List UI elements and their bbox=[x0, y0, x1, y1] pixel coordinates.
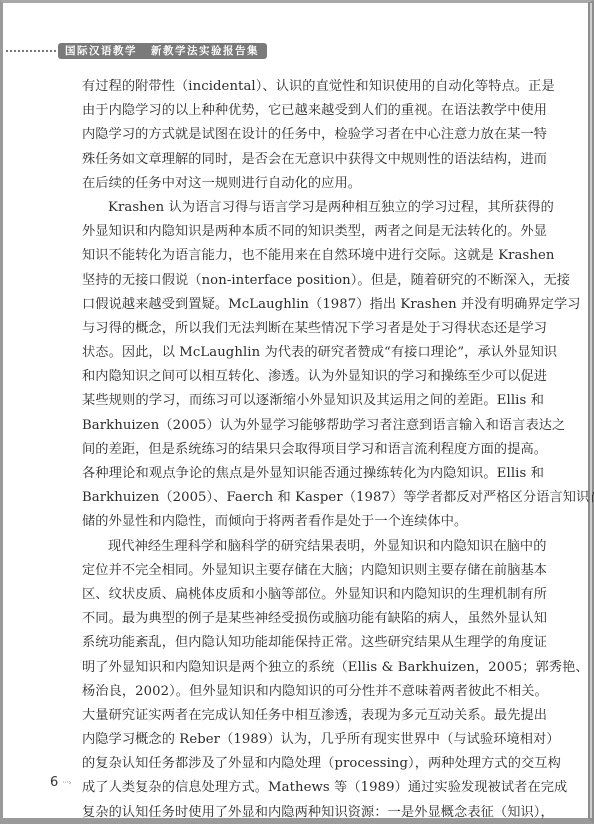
text-line: 和内隐知识之间可以相互转化、渗透。认为外显知识的学习和操练至少可以促进 bbox=[82, 365, 544, 389]
text-line: 口假说越来越受到置疑。McLaughlin（1987）指出 Krashen 并没… bbox=[82, 293, 544, 317]
text-line: 各种理论和观点争论的焦点是外显知识能否通过操练转化为内隐知识。Ellis 和 bbox=[82, 462, 544, 486]
text-line: 内隐学习概念的 Reber（1989）认为，几乎所有现实世界中（与试验环境相对） bbox=[82, 728, 544, 752]
text-line: 储的外显性和内隐性，而倾向于将两者看作是处于一个连续体中。 bbox=[82, 510, 544, 534]
text-line: 内隐学习的方式就是试图在设计的任务中，检验学习者在中心注意力放在某一特 bbox=[82, 123, 544, 147]
header-book-title: 国际汉语教学 bbox=[65, 43, 137, 59]
body-text: 有过程的附带性（incidental）、认识的直觉性和知识使用的自动化等特点。正… bbox=[82, 75, 544, 824]
text-line: 系统功能紊乱，但内隐认知功能却能保持正常。这些研究结果从生理学的角度证 bbox=[82, 631, 544, 655]
page-footer: 6 ···› bbox=[50, 775, 71, 790]
text-line: 明了外显知识和内隐知识是两个独立的系统（Ellis & Barkhuizen，2… bbox=[82, 656, 544, 680]
text-line: 大量研究证实两者在完成认知任务中相互渗透，表现为多元互动关系。最先提出 bbox=[82, 704, 544, 728]
text-line: 状态。因此，以 McLaughlin 为代表的研究者赞成“有接口理论”，承认外显… bbox=[82, 341, 544, 365]
next-page-arrow-icon: ···› bbox=[62, 778, 71, 787]
text-line: 现代神经生理科学和脑科学的研究结果表明，外显知识和内隐知识在脑中的 bbox=[82, 535, 544, 559]
text-line: 成了人类复杂的信息处理方式。Mathews 等（1989）通过实验发现被试者在完… bbox=[82, 776, 544, 800]
header-band: 国际汉语教学 新教学法实验报告集 bbox=[58, 43, 267, 59]
text-line: 某些规则的学习，而练习可以逐渐缩小外显知识及其运用之间的差距。Ellis 和 bbox=[82, 389, 544, 413]
text-line: 殊任务如文章理解的同时，是否会在无意识中获得文中规则性的语法结构，进而 bbox=[82, 148, 544, 172]
book-page: 国际汉语教学 新教学法实验报告集 有过程的附带性（incidental）、认识的… bbox=[0, 0, 594, 824]
text-line: 区、纹状皮质、扁桃体皮质和小脑等部位。外显知识和内隐知识的生理机制有所 bbox=[82, 583, 544, 607]
text-line: Barkhuizen（2005）认为外显学习能够帮助学习者注意到语言输入和语言表… bbox=[82, 414, 544, 438]
text-line: 外显知识和内隐知识是两种本质不同的知识类型，两者之间是无法转化的。外显 bbox=[82, 220, 544, 244]
page-number: 6 bbox=[50, 775, 58, 790]
paragraph-2: Krashen 认为语言习得与语言学习是两种相互独立的学习过程，其所获得的 外显… bbox=[82, 196, 544, 535]
text-line: 杨治良，2002）。但外显知识和内隐知识的可分性并不意味着两者彼此不相关。 bbox=[82, 680, 544, 704]
text-line: 复杂的认知任务时使用了外显和内隐两种知识资源：一是外显概念表征（知识）， bbox=[82, 801, 544, 824]
text-line: 的复杂认知任务都涉及了外显和内隐处理（processing），两种处理方式的交互… bbox=[82, 752, 544, 776]
header-subtitle: 新教学法实验报告集 bbox=[151, 43, 259, 59]
text-line: Barkhuizen（2005）、Faerch 和 Kasper（1987）等学… bbox=[82, 486, 544, 510]
text-line: 在后续的任务中对这一规则进行自动化的应用。 bbox=[82, 172, 544, 196]
text-line: 间的差距，但是系统练习的结果只会取得项目学习和语言流利程度方面的提高。 bbox=[82, 438, 544, 462]
text-line: 坚持的无接口假说（non-interface position）。但是，随着研究… bbox=[82, 269, 544, 293]
text-line: 由于内隐学习的以上种种优势，它已越来越受到人们的重视。在语法教学中使用 bbox=[82, 99, 544, 123]
text-line: 有过程的附带性（incidental）、认识的直觉性和知识使用的自动化等特点。正… bbox=[82, 75, 544, 99]
text-line: 定位并不完全相同。外显知识主要存储在大脑；内隐知识则主要存储在前脑基本 bbox=[82, 559, 544, 583]
paragraph-3: 现代神经生理科学和脑科学的研究结果表明，外显知识和内隐知识在脑中的 定位并不完全… bbox=[82, 535, 544, 824]
running-header: 国际汉语教学 新教学法实验报告集 bbox=[6, 43, 267, 59]
text-line: 知识不能转化为语言能力，也不能用来在自然环境中进行交际。这就是 Krashen bbox=[82, 244, 544, 268]
text-line: Krashen 认为语言习得与语言学习是两种相互独立的学习过程，其所获得的 bbox=[82, 196, 544, 220]
paragraph-1: 有过程的附带性（incidental）、认识的直觉性和知识使用的自动化等特点。正… bbox=[82, 75, 544, 196]
header-dotted-leader bbox=[6, 50, 56, 52]
text-line: 不同。最为典型的例子是某些神经受损伤或脑功能有缺陷的病人，虽然外显认知 bbox=[82, 607, 544, 631]
text-line: 与习得的概念，所以我们无法判断在某些情况下学习者是处于习得状态还是学习 bbox=[82, 317, 544, 341]
